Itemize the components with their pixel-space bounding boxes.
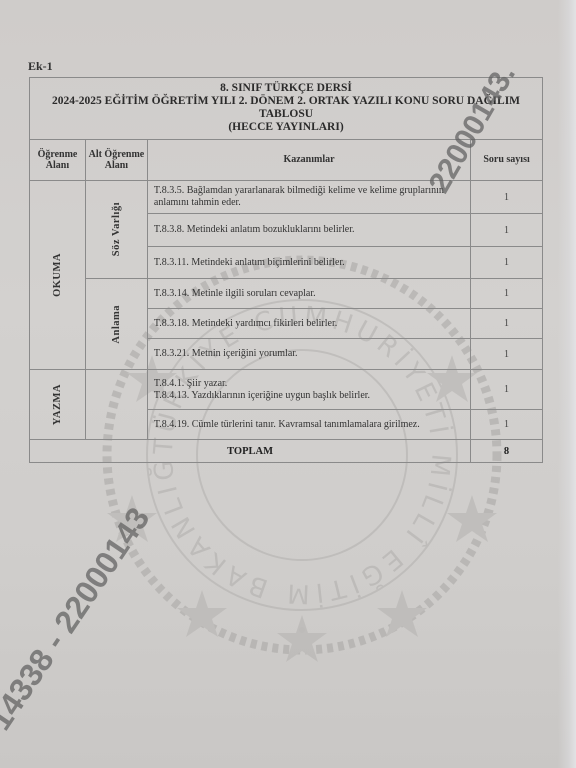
outcome-cell: T.8.3.21. Metnin içeriğini yorumlar. — [147, 339, 470, 370]
outcome-cell: T.8.4.1. Şiir yazar. T.8.4.13. Yazdıklar… — [147, 370, 470, 410]
header-row: Öğrenme Alanı Alt Öğrenme Alanı Kazanıml… — [30, 140, 543, 181]
outcome-line: T.8.4.1. Şiir yazar. — [154, 378, 464, 390]
outcome-cell: T.8.3.8. Metindeki anlatım bozuklukların… — [147, 214, 470, 247]
title-line-3: TABLOSU — [34, 108, 538, 121]
outcome-cell: T.8.4.19. Cümle türlerini tanır. Kavrams… — [147, 410, 470, 440]
header-sub-learning-area: Alt Öğrenme Alanı — [85, 140, 147, 181]
count-cell: 1 — [471, 181, 543, 214]
count-cell: 1 — [471, 410, 543, 440]
total-row: TOPLAM 8 — [30, 440, 543, 463]
total-count: 8 — [471, 440, 543, 463]
table-row: Anlama T.8.3.14. Metinle ilgili soruları… — [30, 279, 543, 309]
count-cell: 1 — [471, 279, 543, 309]
area-okuma: OKUMA — [30, 181, 86, 370]
total-label: TOPLAM — [30, 440, 471, 463]
sub-area-soz-varligi: Söz Varlığı — [85, 181, 147, 279]
sub-area-anlama: Anlama — [85, 279, 147, 370]
outcome-cell: T.8.3.5. Bağlamdan yararlanarak bilmediğ… — [147, 181, 470, 214]
outcome-cell: T.8.3.14. Metinle ilgili soruları cevapl… — [147, 279, 470, 309]
count-cell: 1 — [471, 309, 543, 339]
count-cell: 1 — [471, 339, 543, 370]
header-learning-area: Öğrenme Alanı — [30, 140, 86, 181]
table-title: 8. SINIF TÜRKÇE DERSİ 2024-2025 EĞİTİM Ö… — [30, 78, 543, 140]
header-outcomes: Kazanımlar — [147, 140, 470, 181]
count-cell: 1 — [471, 370, 543, 410]
outcome-cell: T.8.3.11. Metindeki anlatım biçimlerini … — [147, 247, 470, 279]
title-line-2: 2024-2025 EĞİTİM ÖĞRETİM YILI 2. DÖNEM 2… — [34, 95, 538, 108]
table-row: YAZMA T.8.4.1. Şiir yazar. T.8.4.13. Yaz… — [30, 370, 543, 410]
area-yazma: YAZMA — [30, 370, 86, 440]
count-cell: 1 — [471, 214, 543, 247]
title-line-4: (HECCE YAYINLARI) — [34, 121, 538, 134]
table-row: OKUMA Söz Varlığı T.8.3.5. Bağlamdan yar… — [30, 181, 543, 214]
annex-label: Ek-1 — [28, 59, 53, 74]
watermark-number-main: 14338 - 22000143 — [0, 501, 157, 737]
page-edge — [558, 0, 576, 768]
count-cell: 1 — [471, 247, 543, 279]
question-distribution-table: 8. SINIF TÜRKÇE DERSİ 2024-2025 EĞİTİM Ö… — [29, 77, 543, 463]
title-line-1: 8. SINIF TÜRKÇE DERSİ — [34, 82, 538, 95]
outcome-cell: T.8.3.18. Metindeki yardımcı fikirleri b… — [147, 309, 470, 339]
header-question-count: Soru sayısı — [471, 140, 543, 181]
sub-area-empty — [85, 370, 147, 440]
outcome-line: T.8.4.13. Yazdıklarının içeriğine uygun … — [154, 390, 464, 402]
